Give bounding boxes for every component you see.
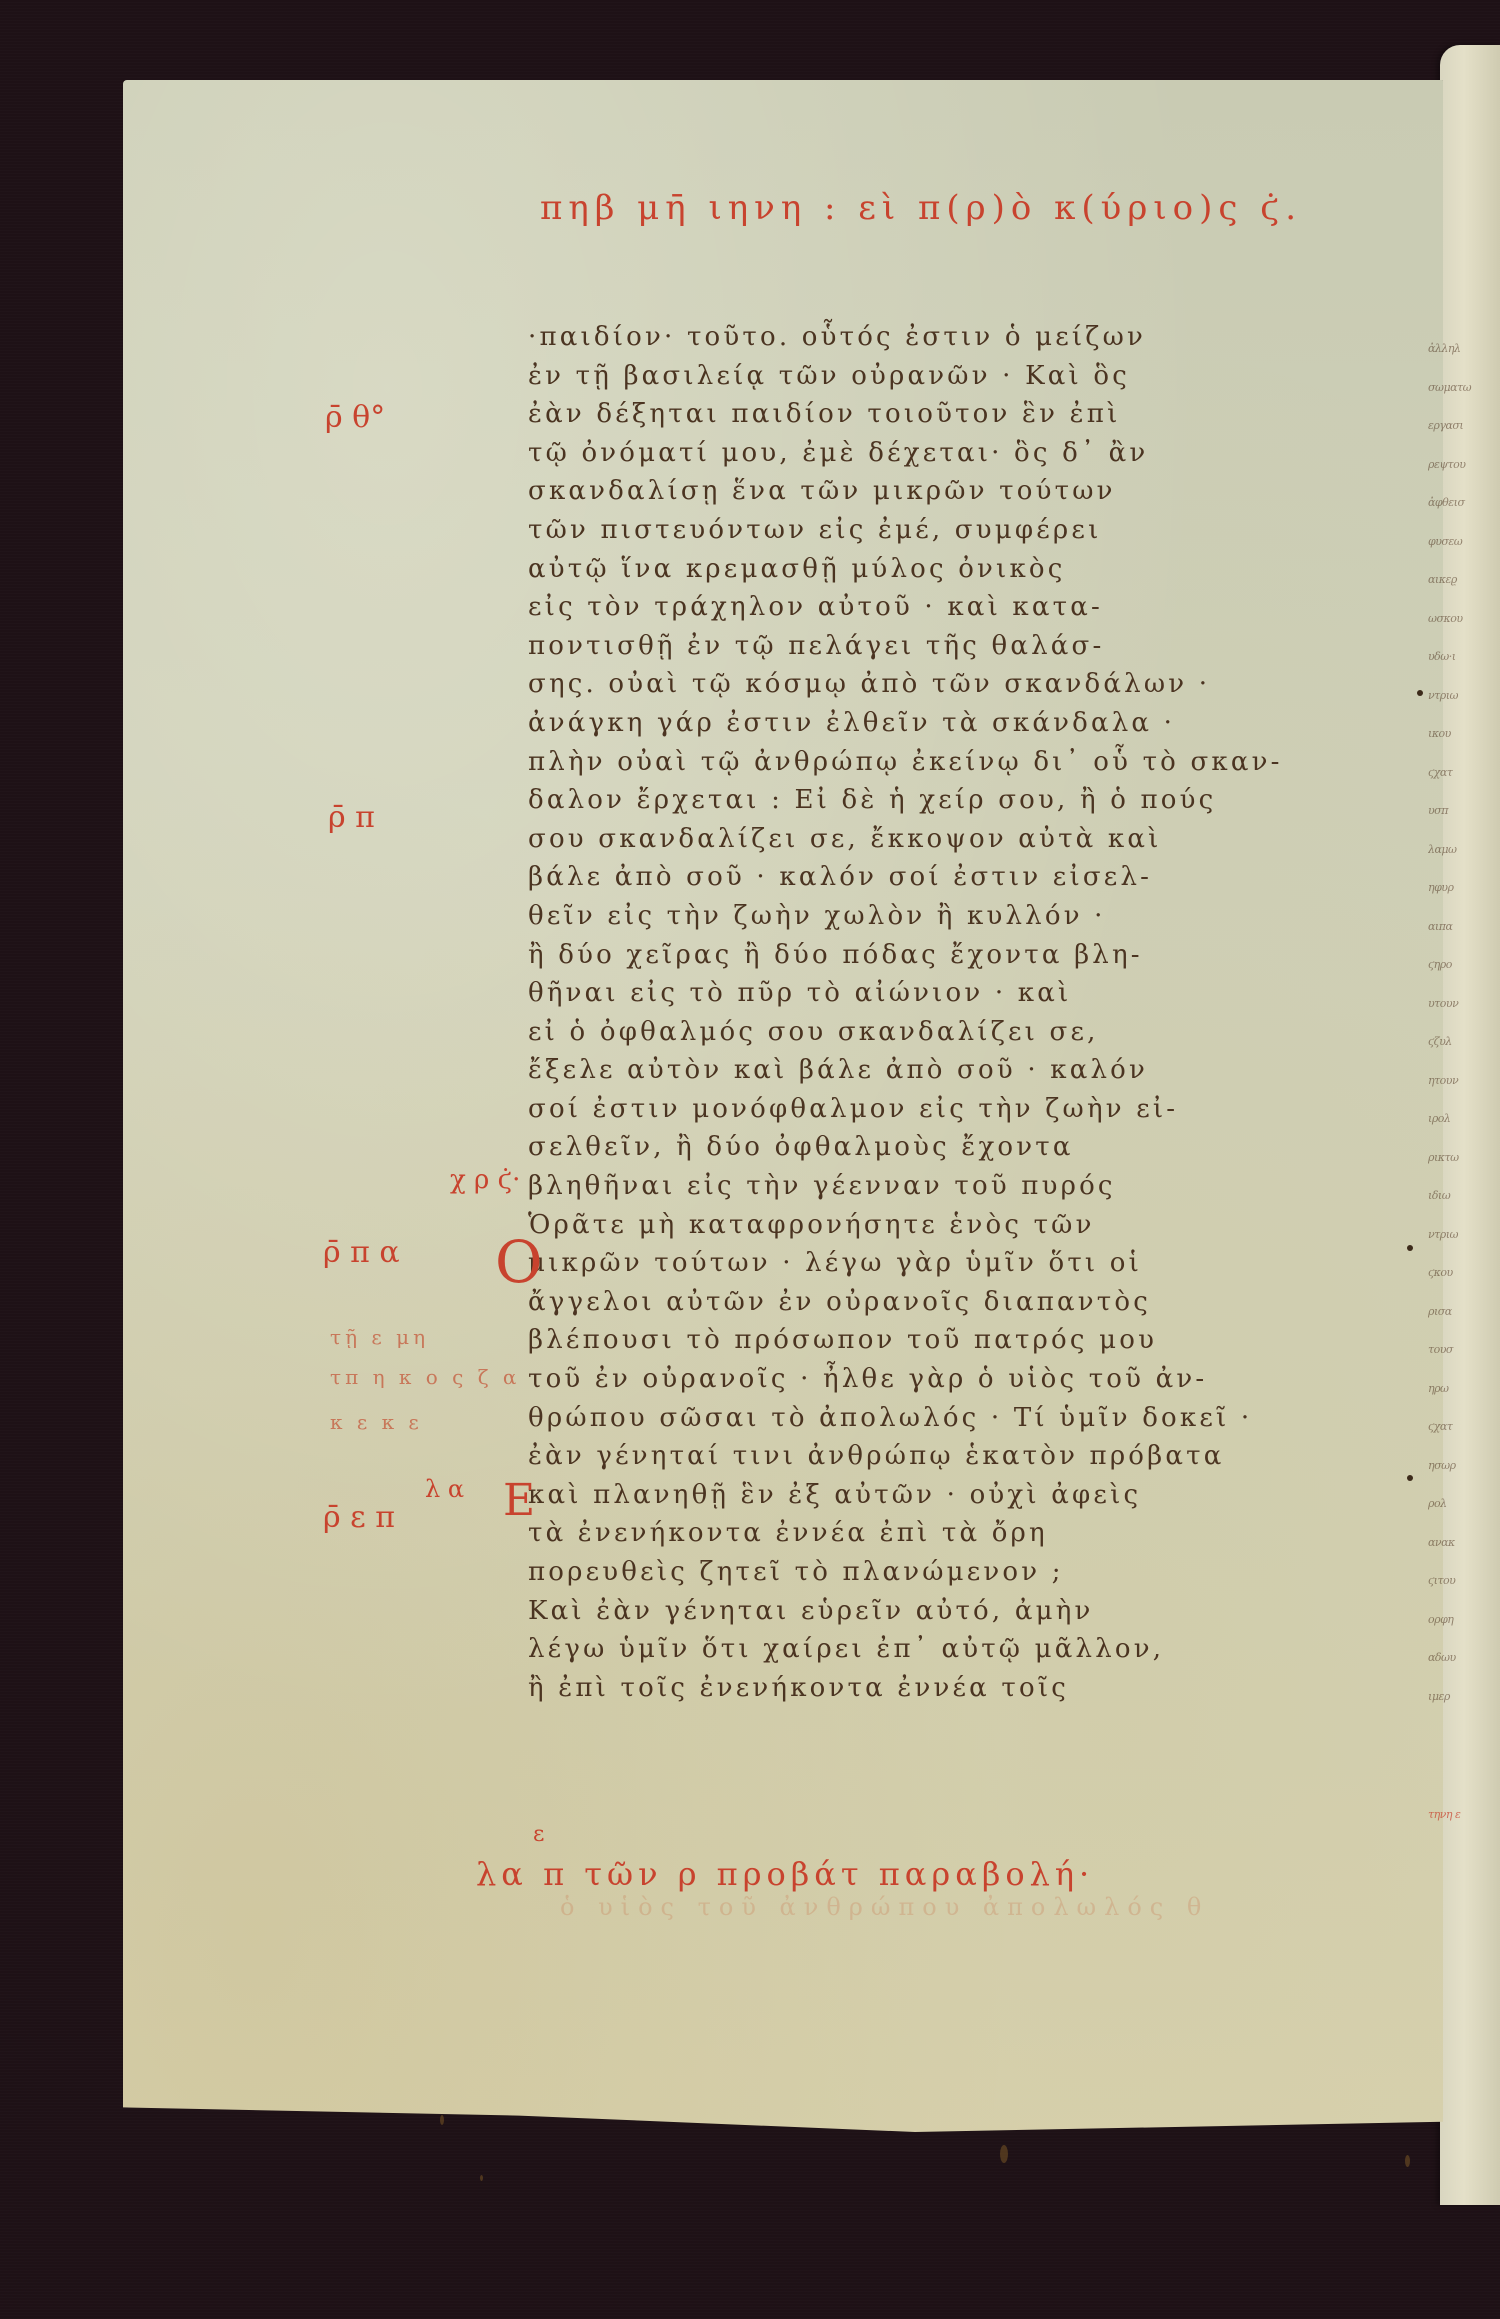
manuscript-line: λέγω ὑμῖν ὅτι χαίρει ἐπ᾽ αὐτῷ μᾶλλον, [528,1630,1378,1669]
bleed-line: ορφη [1428,1601,1500,1640]
manuscript-line: βληθῆναι εἰς τὴν γέενναν τοῦ πυρός [528,1167,1378,1206]
bleed-line: εργασι [1428,407,1500,446]
bleed-line: ντριω [1428,1216,1500,1255]
manuscript-line: αὐτῷ ἵνα κρεμασθῇ μύλος ὀνικὸς [528,550,1378,589]
bleed-line: ωσκου [1428,600,1500,639]
margin-dot [1407,1475,1413,1481]
manuscript-line: θρώπου σῶσαι τὸ ἀπολωλός · Τί ὑμῖν δοκεῖ… [528,1399,1378,1438]
parchment-stain [440,2115,444,2125]
manuscript-line: σοί ἐστιν μονόφθαλμον εἰς τὴν ζωὴν εἰ- [528,1090,1378,1129]
bleed-line: ϛιτου [1428,1562,1500,1601]
header-rubric: πηβ μη̄ ιηνη : εὶ π(ρ)ὸ κ(ύριο)ς ϛ̇. [540,188,1302,228]
manuscript-line: εἰς τὸν τράχηλον αὐτοῦ · καὶ κατα- [528,588,1378,627]
bleed-line: ἀλληλ [1428,330,1500,369]
manuscript-line: ἔξελε αὐτὸν καὶ βάλε ἀπὸ σοῦ · καλόν [528,1051,1378,1090]
rubricated-initial: Ε [503,1475,535,1526]
margin-note-section-number: ρ̄ ε π [323,1500,395,1535]
manuscript-line: τῶν πιστευόντων εἰς ἐμέ, συμφέρει [528,511,1378,550]
bleed-line: ιδιω [1428,1177,1500,1216]
manuscript-line: βλέπουσι τὸ πρόσωπον τοῦ πατρός μου [528,1321,1378,1360]
bleed-line: ϛηρο [1428,946,1500,985]
manuscript-line: πορευθεὶς ζητεῖ τὸ πλανώμενον ; [528,1553,1378,1592]
margin-dot [1407,1245,1413,1251]
manuscript-line: θῆναι εἰς τὸ πῦρ τὸ αἰώνιον · καὶ [528,974,1378,1013]
bleed-red-note: τηνη ε [1428,1796,1500,1830]
margin-dot [1417,690,1423,696]
manuscript-line: καὶ πλανηθῇ ἓν ἐξ αὐτῶν · οὐχὶ ἀφεὶς [528,1476,1378,1515]
manuscript-line: τῷ ὀνόματί μου, ἐμὲ δέχεται· ὃς δ᾽ ἂν [528,434,1378,473]
bleed-line: φυσεω [1428,523,1500,562]
margin-note-section-number: ρ̄ π α [323,1235,400,1270]
manuscript-line: σελθεῖν, ἢ δύο ὀφθαλμοὺς ἔχοντα [528,1128,1378,1167]
rubricated-initial: Ο [495,1228,543,1296]
bleed-line: ιμερ [1428,1678,1500,1717]
manuscript-line: ἐν τῇ βασιλείᾳ τῶν οὐρανῶν · Καὶ ὃς [528,357,1378,396]
manuscript-line: Καὶ ἐὰν γένηται εὑρεῖν αὐτό, ἀμὴν [528,1592,1378,1631]
bleed-line: ντριω [1428,677,1500,716]
margin-note-lection: κ ε κ ε [330,1405,423,1439]
manuscript-line: βάλε ἀπὸ σοῦ · καλόν σοί ἐστιν εἰσελ- [528,858,1378,897]
bleed-line: ρικτω [1428,1139,1500,1178]
margin-note-section-number: ρ̄ θ° [325,400,385,435]
manuscript-line: ·παιδίον· τοῦτο. οὗτός ἐστιν ὁ μείζων [528,318,1378,357]
footer-rubric-title: λα π τῶν ρ προβάτ παραβολή· [476,1855,1094,1893]
margin-note-chi-rho: χ ρ ϛ̇· [450,1165,520,1195]
manuscript-line: Ὁρᾶτε μὴ καταφρονήσητε ἑνὸς τῶν [528,1206,1378,1245]
bleed-line: ηρω [1428,1370,1500,1409]
bleed-line: ϛχατ [1428,1408,1500,1447]
manuscript-line: ἀνάγκη γάρ ἐστιν ἐλθεῖν τὰ σκάνδαλα · [528,704,1378,743]
manuscript-line: τοῦ ἐν οὐρανοῖς · ἦλθε γὰρ ὁ υἱὸς τοῦ ἀν… [528,1360,1378,1399]
footer-rubric-superscript: ε [533,1822,544,1847]
manuscript-line: θεῖν εἰς τὴν ζωὴν χωλὸν ἢ κυλλόν · [528,897,1378,936]
margin-note-lection-start: λ α [425,1475,464,1503]
bleed-line: ιρολ [1428,1100,1500,1139]
bleed-line: λαμω [1428,831,1500,870]
manuscript-line: ἄγγελοι αὐτῶν ἐν οὐρανοῖς διαπαντὸς [528,1283,1378,1322]
manuscript-line: σκανδαλίσῃ ἕνα τῶν μικρῶν τούτων [528,472,1378,511]
manuscript-line: ποντισθῇ ἐν τῷ πελάγει τῆς θαλάσ- [528,627,1378,666]
bleed-line: αιπα [1428,908,1500,947]
bleed-line: υτουν [1428,985,1500,1024]
facing-page-bleed-through: ἀλληλσωματωεργασιρεψτουἀφθεισφυσεωαικεϱω… [1428,330,1500,1830]
manuscript-line: σου σκανδαλίζει σε, ἔκκοψον αὐτὰ καὶ [528,820,1378,859]
bleed-line: ρολ [1428,1485,1500,1524]
manuscript-line: σης. οὐαὶ τῷ κόσμῳ ἀπὸ τῶν σκανδάλων · [528,665,1378,704]
manuscript-line: ἐὰν δέξηται παιδίον τοιοῦτον ἓν ἐπὶ [528,395,1378,434]
bleed-line: ρεψτου [1428,446,1500,485]
margin-note-lection: τπ η κ ο ς ζ α [330,1360,520,1394]
bleed-line: ητουν [1428,1062,1500,1101]
bleed-line: ησωρ [1428,1447,1500,1486]
manuscript-line: τὰ ἐνενήκοντα ἐννέα ἐπὶ τὰ ὄρη [528,1514,1378,1553]
bleed-line: υσπ [1428,792,1500,831]
bleed-line: ϛκου [1428,1254,1500,1293]
bleed-line: ϛχατ [1428,754,1500,793]
manuscript-line: εἰ ὁ ὀφθαλμός σου σκανδαλίζει σε, [528,1013,1378,1052]
bleed-line: υδω·ι [1428,638,1500,677]
bleed-line: ικου [1428,715,1500,754]
manuscript-line: δαλον ἔρχεται : Εἰ δὲ ἡ χείρ σου, ἢ ὁ πο… [528,781,1378,820]
bleed-line: ϛζυλ [1428,1023,1500,1062]
parchment-stain [1405,2155,1410,2167]
bleed-line: ανακ [1428,1524,1500,1563]
manuscript-line: πλὴν οὐαὶ τῷ ἀνθρώπῳ ἐκείνῳ δι᾽ οὗ τὸ σκ… [528,743,1378,782]
main-text-column: ·παιδίον· τοῦτο. οὗτός ἐστιν ὁ μείζωνἐν … [528,318,1378,1707]
bleed-line: αικεϱ [1428,561,1500,600]
margin-note-section-number: ρ̄ π [328,800,375,835]
footer-offset-ghost-text: ὁ υἱὸς τοῦ ἀνθρώπου ἀπολωλός θ [560,1893,1209,1921]
bleed-line: τουσ [1428,1331,1500,1370]
manuscript-line: μικρῶν τούτων · λέγω γὰρ ὑμῖν ὅτι οἱ [528,1244,1378,1283]
bleed-line: αδωυ [1428,1639,1500,1678]
bleed-line: ἀφθεισ [1428,484,1500,523]
parchment-stain [480,2175,483,2181]
manuscript-line: ἐὰν γένηταί τινι ἀνθρώπῳ ἑκατὸν πρόβατα [528,1437,1378,1476]
manuscript-line: ἢ ἐπὶ τοῖς ἐνενήκοντα ἐννέα τοῖς [528,1669,1378,1708]
parchment-stain [1000,2145,1008,2163]
manuscript-line: ἢ δύο χεῖρας ἢ δύο πόδας ἔχοντα βλη- [528,936,1378,975]
bleed-line: ηφυρ [1428,869,1500,908]
margin-note-lection: τῇ ε μη [330,1320,429,1354]
bleed-line: σωματω [1428,369,1500,408]
bleed-line: ρισα [1428,1293,1500,1332]
